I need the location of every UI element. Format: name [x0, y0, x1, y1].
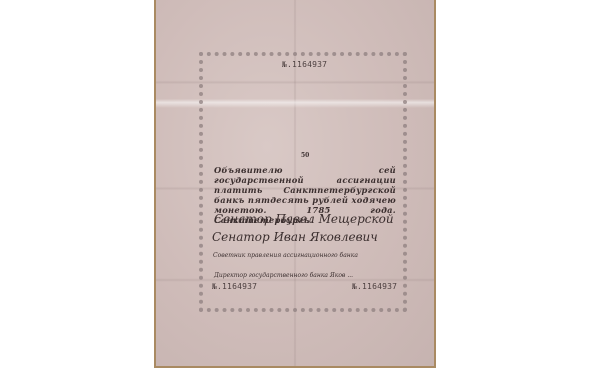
serial-number-bottom-right: №.1164937 — [352, 282, 397, 291]
denomination-mark: 50 — [301, 152, 309, 159]
signature-3: Советник правления ассигнационного банка — [213, 252, 358, 259]
signature-4: Директор государственного банка Яков ... — [214, 272, 353, 279]
serial-number-top: №.1164937 — [282, 60, 327, 69]
signature-2: Сенатор Иван Яковлевич — [212, 230, 378, 244]
signature-1: Сенатор Павел Мещерской — [214, 212, 394, 226]
serial-number-bottom-left: №.1164937 — [212, 282, 257, 291]
banknote-image: №.1164937 50 Объявителю сей государствен… — [154, 0, 436, 368]
